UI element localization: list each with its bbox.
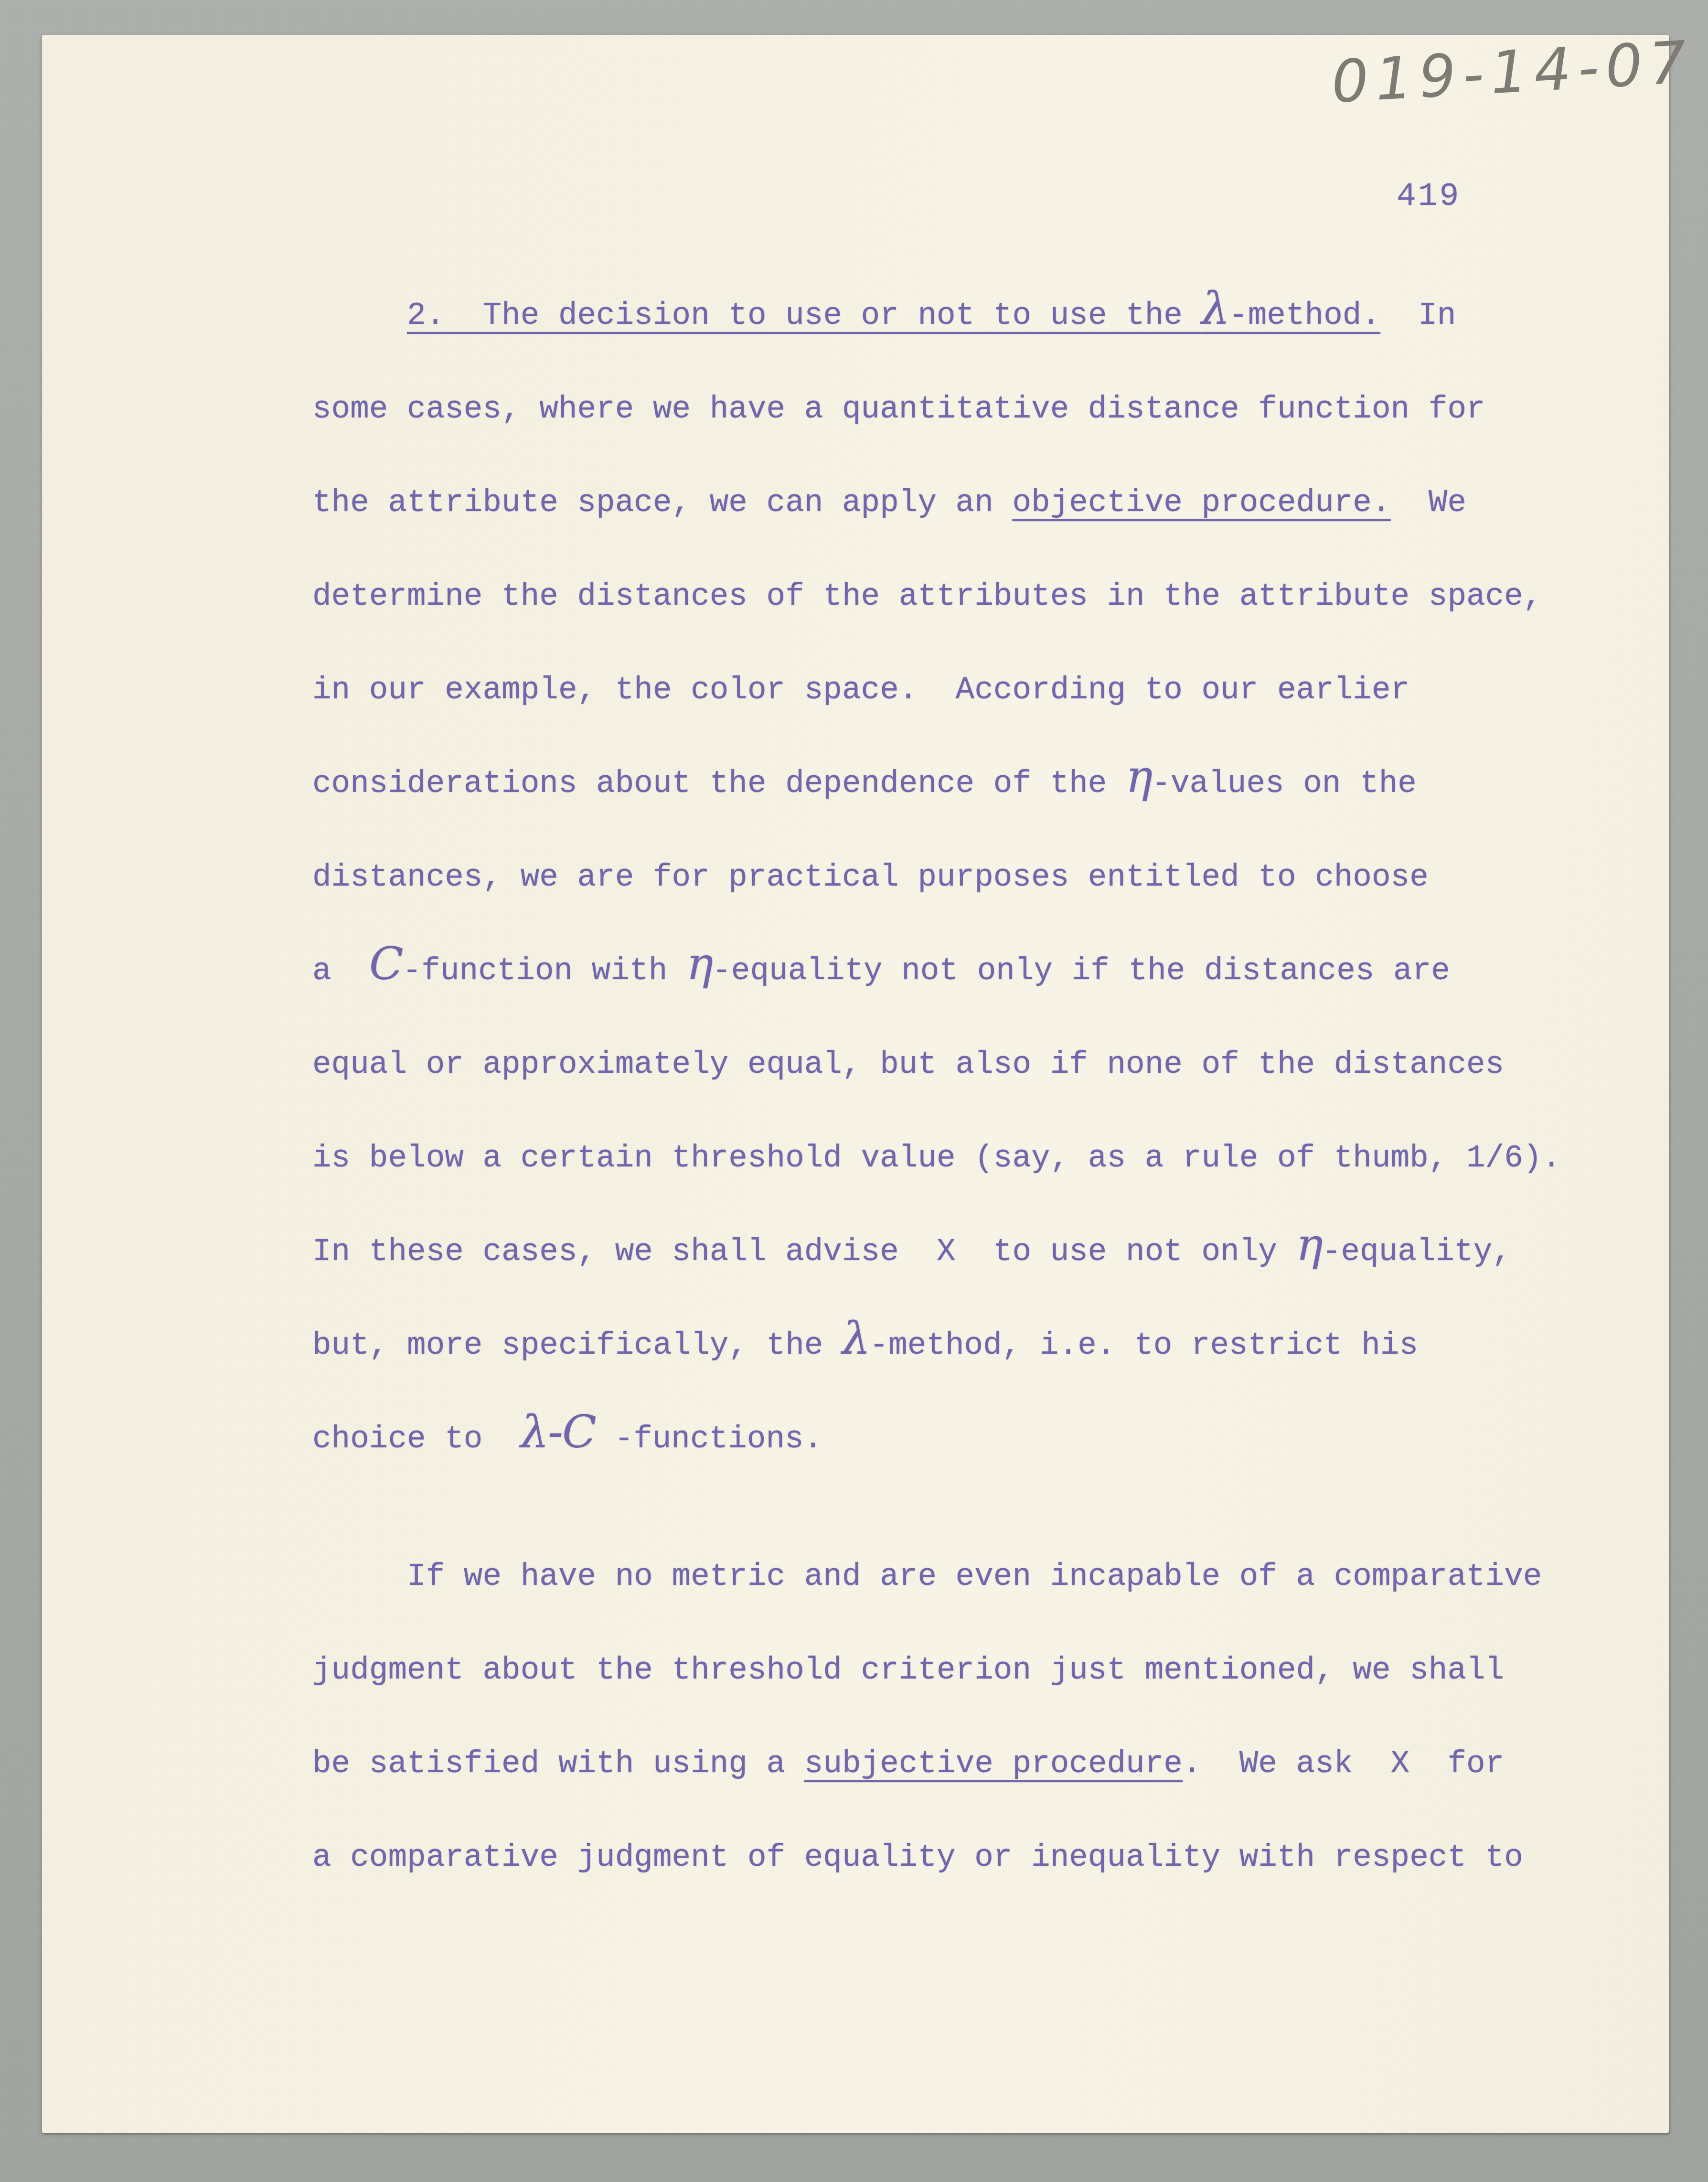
text-segment: -equality, (1322, 1234, 1511, 1270)
handwritten-symbol: C (369, 938, 403, 990)
paragraph: If we have no metric and are even incapa… (312, 1535, 1640, 1909)
typed-line: a comparative judgment of equality or in… (312, 1816, 1640, 1909)
handwritten-symbol: λ (842, 1313, 870, 1365)
text-segment: We (1391, 485, 1466, 521)
typed-line: the attribute space, we can apply an obj… (312, 461, 1640, 555)
typed-line: in our example, the color space. Accordi… (312, 648, 1640, 742)
text-segment: -equality not only if the distances are (712, 953, 1450, 989)
text-segment: be satisfied with using a (312, 1746, 804, 1782)
handwritten-symbol: η (1126, 751, 1152, 803)
text-segment: a (312, 953, 369, 989)
text-segment: a comparative judgment of equality or in… (312, 1840, 1523, 1875)
text-segment: distances, we are for practical purposes… (312, 859, 1429, 895)
typed-line: If we have no metric and are even incapa… (312, 1535, 1640, 1628)
text-segment: 2. The decision to use or not to use the (407, 298, 1201, 333)
text-segment: the attribute space, we can apply an (312, 485, 1012, 521)
text-segment: -functions. (596, 1421, 822, 1457)
text-segment (312, 298, 407, 333)
text-segment: some cases, where we have a quantitative… (312, 391, 1485, 427)
typed-line: but, more specifically, the λ-method, i.… (312, 1304, 1640, 1397)
text-segment: equal or approximately equal, but also i… (312, 1047, 1504, 1082)
text-segment: In (1380, 298, 1456, 333)
handwritten-symbol: λ-C (521, 1406, 596, 1458)
text-segment: In these cases, we shall advise X to use… (312, 1234, 1296, 1270)
text-segment: objective procedure. (1012, 485, 1390, 521)
typed-line: determine the distances of the attribute… (312, 555, 1640, 648)
typed-line: judgment about the threshold criterion j… (312, 1628, 1640, 1722)
typed-text: 2. The decision to use or not to use the… (312, 274, 1640, 1909)
typed-line: In these cases, we shall advise X to use… (312, 1210, 1640, 1304)
text-segment: -method. (1229, 298, 1380, 333)
handwritten-symbol: λ (1202, 283, 1229, 335)
typed-line: 2. The decision to use or not to use the… (312, 274, 1640, 367)
text-segment: considerations about the dependence of t… (312, 766, 1126, 802)
text-segment: is below a certain threshold value (say,… (312, 1140, 1561, 1176)
text-segment: determine the distances of the attribute… (312, 578, 1542, 614)
typed-line: be satisfied with using a subjective pro… (312, 1722, 1640, 1816)
typed-line: equal or approximately equal, but also i… (312, 1023, 1640, 1116)
handwritten-archive-number: 019-14-07 (1330, 28, 1695, 116)
typed-line: choice to λ-C -functions. (312, 1397, 1640, 1491)
text-segment: -function with (403, 953, 686, 989)
typed-line: is below a certain threshold value (say,… (312, 1116, 1640, 1210)
text-segment: judgment about the threshold criterion j… (312, 1652, 1504, 1688)
typed-line: distances, we are for practical purposes… (312, 835, 1640, 929)
manuscript-page: 019-14-07 419 2. The decision to use or … (42, 35, 1669, 2133)
typed-line: considerations about the dependence of t… (312, 742, 1640, 835)
text-segment: -method, i.e. to restrict his (870, 1327, 1419, 1363)
text-segment: choice to (312, 1421, 521, 1457)
text-segment: but, more specifically, the (312, 1327, 842, 1363)
text-segment: subjective procedure (804, 1746, 1183, 1782)
text-segment: . We ask X for (1183, 1746, 1504, 1782)
typed-line: some cases, where we have a quantitative… (312, 367, 1640, 461)
text-segment: -values on the (1152, 766, 1417, 802)
page-number: 419 (1397, 178, 1461, 215)
handwritten-symbol: η (686, 938, 712, 990)
text-segment: If we have no metric and are even incapa… (312, 1559, 1542, 1594)
paragraph: 2. The decision to use or not to use the… (312, 274, 1640, 1491)
typed-line: a C-function with η-equality not only if… (312, 929, 1640, 1023)
handwritten-symbol: η (1296, 1219, 1322, 1271)
text-segment: in our example, the color space. Accordi… (312, 672, 1409, 708)
